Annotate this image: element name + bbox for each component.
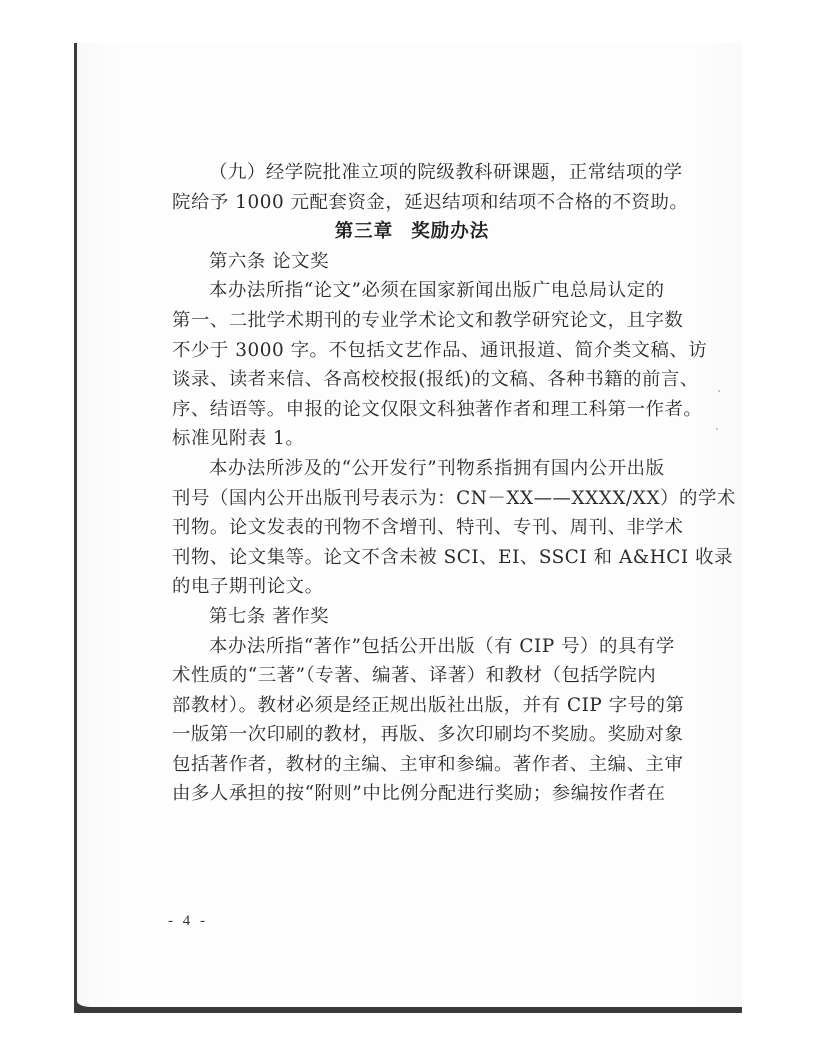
chapter-number: 第三章	[335, 221, 394, 242]
paragraph-line: 的电子期刊论文。	[172, 572, 652, 602]
paragraph-line: 本办法所涉及的“公开发行”刊物系指拥有国内公开出版	[172, 454, 652, 484]
document-body: （九）经学院批准立项的院级教科研课题，正常结项的学 院给予 1000 元配套资金…	[172, 158, 652, 809]
chapter-title: 奖励办法	[411, 221, 489, 242]
paragraph-line: 包括著作者，教材的主编、主审和参编。著作者、主编、主审	[172, 750, 652, 780]
scan-speck	[718, 390, 720, 392]
paragraph-line: 第一、二批学术期刊的专业学术论文和教学研究论文，且字数	[172, 306, 652, 336]
paragraph-line: 谈录、读者来信、各高校校报(报纸)的文稿、各种书籍的前言、	[172, 365, 652, 395]
page-number: - 4 -	[168, 913, 208, 930]
paragraph-line: 本办法所指“著作”包括公开出版（有 CIP 号）的具有学	[172, 632, 652, 662]
paragraph-line: （九）经学院批准立项的院级教科研课题，正常结项的学	[172, 158, 652, 188]
scan-speck	[716, 428, 718, 430]
paragraph-line: 本办法所指“论文”必须在国家新闻出版广电总局认定的	[172, 276, 652, 306]
paragraph-line: 由多人承担的按“附则”中比例分配进行奖励；参编按作者在	[172, 779, 652, 809]
paragraph-line: 院给予 1000 元配套资金，延迟结项和结项不合格的不资助。	[172, 188, 652, 218]
paragraph-line: 部教材）。教材必须是经正规出版社出版，并有 CIP 字号的第	[172, 691, 652, 721]
paragraph-line: 刊物。论文发表的刊物不含增刊、特刊、专刊、周刊、非学术	[172, 513, 652, 543]
paragraph-line: 序、结语等。申报的论文仅限文科独著作者和理工科第一作者。	[172, 395, 652, 425]
paragraph-line: 刊物、论文集等。论文不含未被 SCI、EI、SSCI 和 A&HCI 收录	[172, 543, 652, 573]
paragraph-line: 标准见附表 1。	[172, 424, 652, 454]
chapter-heading: 第三章奖励办法	[172, 217, 652, 247]
paragraph-line: 一版第一次印刷的教材，再版、多次印刷均不奖励。奖励对象	[172, 720, 652, 750]
article-heading: 第七条 著作奖	[172, 602, 652, 632]
paragraph-line: 刊号（国内公开出版刊号表示为：CN－XX——XXXX/XX）的学术	[172, 484, 652, 514]
paragraph-line: 术性质的“三著”（专著、编著、译著）和教材（包括学院内	[172, 661, 652, 691]
paragraph-line: 不少于 3000 字。不包括文艺作品、通讯报道、简介类文稿、访	[172, 336, 652, 366]
article-heading: 第六条 论文奖	[172, 247, 652, 277]
